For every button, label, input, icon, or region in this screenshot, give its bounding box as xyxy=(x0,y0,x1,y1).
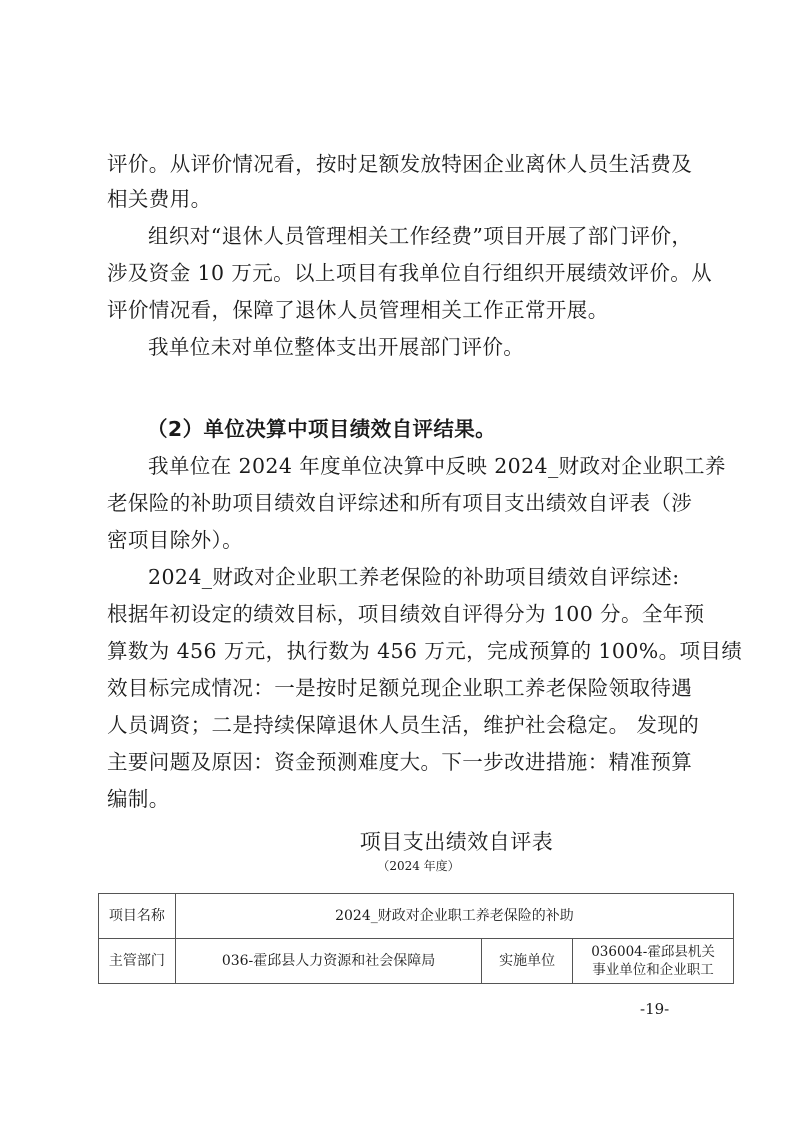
impl-value: 036004-霍邱县机关 事业单位和企业职工 xyxy=(573,939,734,984)
performance-table: 项目名称 2024_财政对企业职工养老保险的补助 主管部门 036-霍邱县人力资… xyxy=(98,893,734,984)
impl-value-line: 036004-霍邱县机关 xyxy=(577,943,729,961)
text-line: 评价情况看，保障了退休人员管理相关工作正常开展。 xyxy=(107,296,609,324)
impl-label: 实施单位 xyxy=(482,939,573,984)
dept-label: 主管部门 xyxy=(99,939,176,984)
text-line: 涉及资金 10 万元。以上项目有我单位自行组织开展绩效评价。从 xyxy=(107,259,712,287)
text-line: 相关费用。 xyxy=(107,185,212,213)
text-line: 我单位在 2024 年度单位决算中反映 2024_财政对企业职工养 xyxy=(148,452,726,480)
impl-value-line: 事业单位和企业职工 xyxy=(577,961,729,979)
page-number: -19- xyxy=(640,1000,669,1018)
text-line: 人员调资；二是持续保障退休人员生活，维护社会稳定。 发现的 xyxy=(107,711,699,739)
text-line: 组织对“退休人员管理相关工作经费”项目开展了部门评价， xyxy=(148,222,692,250)
text-line: 编制。 xyxy=(107,785,170,813)
text-line: 主要问题及原因：资金预测难度大。下一步改进措施：精准预算 xyxy=(107,748,692,776)
text-line: 2024_财政对企业职工养老保险的补助项目绩效自评综述: xyxy=(148,563,680,591)
text-line: 根据年初设定的绩效目标，项目绩效自评得分为 100 分。全年预 xyxy=(107,600,705,628)
table-title: 项目支出绩效自评表 xyxy=(0,826,793,856)
text-line: 评价。从评价情况看，按时足额发放特困企业离休人员生活费及 xyxy=(107,150,692,178)
text-line: 效目标完成情况：一是按时足额兑现企业职工养老保险领取待遇 xyxy=(107,674,692,702)
table-subtitle: （2024 年度） xyxy=(0,857,793,874)
text-line: 密项目除外）。 xyxy=(107,526,243,554)
project-name-label: 项目名称 xyxy=(99,894,176,939)
project-name-value: 2024_财政对企业职工养老保险的补助 xyxy=(175,894,733,939)
text-line: 老保险的补助项目绩效自评综述和所有项目支出绩效自评表（涉 xyxy=(107,489,692,517)
table-row: 项目名称 2024_财政对企业职工养老保险的补助 xyxy=(99,894,734,939)
section-heading: （2）单位决算中项目绩效自评结果。 xyxy=(147,415,496,443)
text-line: 算数为 456 万元，执行数为 456 万元，完成预算的 100%。项目绩 xyxy=(107,637,742,665)
table-row: 主管部门 036-霍邱县人力资源和社会保障局 实施单位 036004-霍邱县机关… xyxy=(99,939,734,984)
dept-value: 036-霍邱县人力资源和社会保障局 xyxy=(175,939,481,984)
text-line: 我单位未对单位整体支出开展部门评价。 xyxy=(148,333,524,361)
